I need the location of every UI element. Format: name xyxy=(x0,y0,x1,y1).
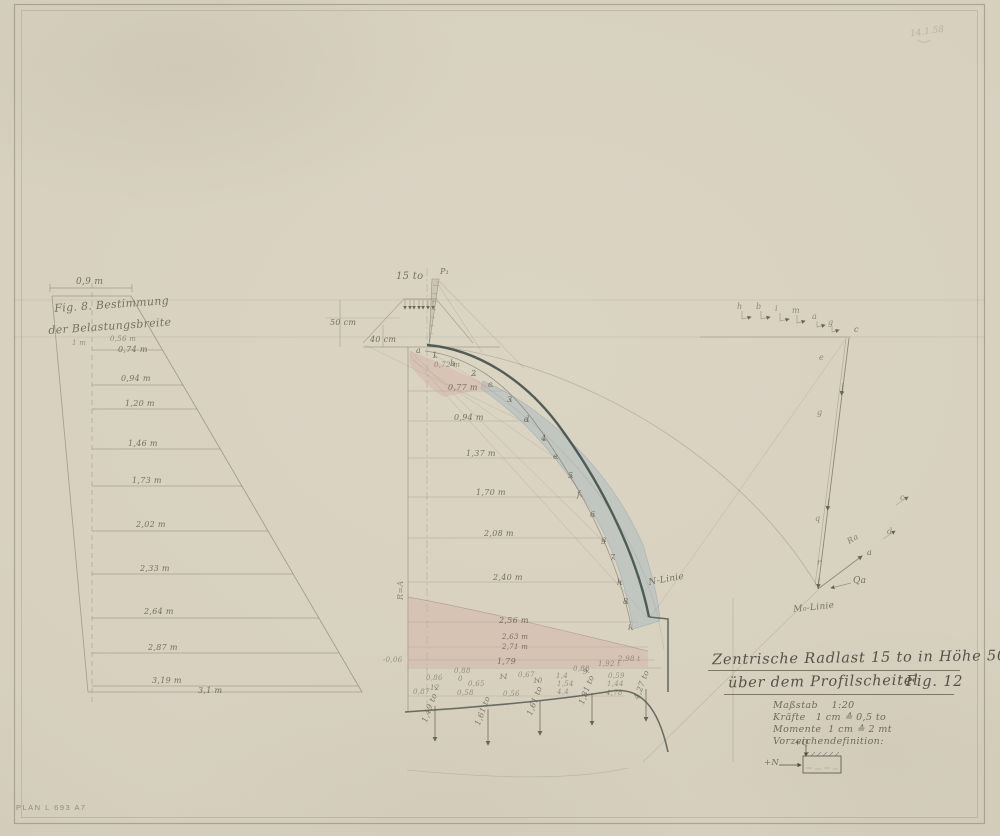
pencil-annotation: 3,19 m xyxy=(152,677,182,685)
pencil-annotation: 1,70 m xyxy=(476,489,506,497)
resultant-force-sliver xyxy=(429,279,439,346)
pencil-annotation: -0,06 xyxy=(383,657,402,664)
pencil-annotation: e xyxy=(553,453,558,461)
pencil-annotation: 6 xyxy=(590,511,595,519)
pencil-annotation: 1,44 xyxy=(607,681,624,688)
note-forces: Kräfte 1 cm ≙ 0,5 to xyxy=(773,712,886,723)
pencil-annotation: 0,88 xyxy=(573,666,590,673)
pencil-annotation: 1,46 m xyxy=(128,440,158,448)
pencil-annotation: 2,64 m xyxy=(144,608,174,616)
note-sign-definition: Vorzeichendefinition: xyxy=(773,736,884,747)
pencil-annotation: 0,94 m xyxy=(121,375,151,383)
pencil-annotation: 1,54 xyxy=(557,681,574,688)
pencil-annotation: P₁ xyxy=(440,268,449,276)
pencil-annotation: 4,4 xyxy=(557,689,569,696)
pencil-annotation: c xyxy=(900,494,905,502)
pencil-annotation: 1,20 m xyxy=(125,400,155,408)
pencil-annotation: 0,59 xyxy=(608,673,625,680)
pencil-annotation: r xyxy=(817,559,821,567)
pencil-annotation: e xyxy=(819,354,824,362)
pencil-annotation: 2,63 m xyxy=(502,634,528,641)
pencil-annotation: 15 to xyxy=(396,272,423,282)
pencil-annotation: 10 xyxy=(533,678,543,685)
pencil-annotation: 7 xyxy=(610,554,615,562)
pencil-annotation: d xyxy=(524,416,529,424)
moment-diagram-band xyxy=(481,381,660,629)
pencil-annotation: a xyxy=(867,549,872,557)
pencil-annotation: g xyxy=(828,319,833,327)
pencil-annotation: i xyxy=(628,624,631,632)
pencil-annotation: 0,9 m xyxy=(76,278,103,287)
pencil-annotation: 5 xyxy=(568,472,573,480)
pencil-annotation: a xyxy=(812,313,817,321)
pencil-annotation: 2,71 m xyxy=(502,644,528,651)
pencil-annotation: g xyxy=(601,536,606,544)
pencil-annotation: c xyxy=(854,326,859,334)
abutment-step xyxy=(649,617,668,692)
pencil-annotation: 0,56 m xyxy=(110,336,136,343)
pencil-annotation: 0,86 xyxy=(426,675,443,682)
pencil-annotation: m xyxy=(792,307,800,315)
pencil-annotation: b xyxy=(756,303,761,311)
pencil-annotation: h xyxy=(737,303,742,311)
pencil-annotation: R=A xyxy=(397,581,405,600)
pencil-annotation: 2,08 m xyxy=(484,530,514,538)
pencil-annotation: 2,33 m xyxy=(140,565,170,573)
signature-flourish xyxy=(918,40,930,42)
pencil-annotation: 0,67 xyxy=(518,672,535,679)
pencil-annotation: 12 xyxy=(430,685,440,692)
pencil-annotation: 1,73 m xyxy=(132,477,162,485)
pencil-annotation: 2,40 m xyxy=(493,574,523,582)
note-scale: Maßstab 1:20 xyxy=(773,700,855,711)
pencil-annotation: h xyxy=(617,579,622,587)
pencil-annotation: 2 xyxy=(471,370,476,378)
pencil-annotation: d xyxy=(887,528,892,536)
sign-convention-sketch xyxy=(779,746,841,773)
distributed-load-arrows xyxy=(405,300,433,309)
pencil-annotation: 2,02 m xyxy=(136,521,166,529)
vector-glyphs xyxy=(742,311,839,332)
note-moments: Momente 1 cm ≙ 2 mt xyxy=(773,724,892,735)
pencil-annotation: b xyxy=(450,360,455,368)
arch-profile xyxy=(405,345,733,777)
pencil-annotation: 0,65 xyxy=(468,681,485,688)
archive-stamp: PLAN L 693 A7 xyxy=(16,803,87,812)
left-figure-trapezoid xyxy=(50,283,362,703)
pencil-annotation: 0,58 xyxy=(457,690,474,697)
drawing-sheet: 0,9 mFig. 8. Bestimmungder Belastungsbre… xyxy=(0,0,1000,836)
pencil-annotation: Qa xyxy=(853,577,866,586)
pencil-annotation: a xyxy=(416,347,421,355)
pencil-annotation: 3,1 m xyxy=(198,687,222,695)
pencil-annotation: 2,56 m xyxy=(499,617,529,625)
pencil-annotation: 0,88 xyxy=(454,668,471,675)
pencil-annotation: i xyxy=(775,305,778,313)
pencil-annotation: 50 cm xyxy=(330,319,356,327)
pencil-annotation: 0,87 xyxy=(413,689,430,696)
pencil-annotation: 0 xyxy=(458,676,463,683)
pencil-annotation: 4,78 xyxy=(606,690,623,697)
pencil-annotation: 4 xyxy=(541,435,546,443)
pencil-annotation: 1,37 m xyxy=(466,450,496,458)
title-underline-2 xyxy=(724,677,954,695)
pencil-annotation: 3 xyxy=(507,396,512,404)
pencil-annotation: 1 xyxy=(432,352,437,360)
pencil-annotation: 1,4 xyxy=(556,673,568,680)
pencil-annotation: 8 xyxy=(623,598,628,606)
pencil-annotation: 0,94 m xyxy=(454,414,484,422)
pencil-annotation: 0,77 m xyxy=(448,384,478,392)
pencil-annotation: g xyxy=(817,409,822,417)
pencil-annotation: 0,72 m xyxy=(434,362,460,369)
pencil-annotation: +N xyxy=(764,759,779,768)
pencil-annotation: 2,87 m xyxy=(148,644,178,652)
pencil-annotation: 0,56 xyxy=(503,691,520,698)
pencil-annotation: c xyxy=(488,381,493,389)
pencil-annotation: 1,79 xyxy=(497,658,516,666)
pencil-annotation: 0,74 m xyxy=(118,346,148,354)
pencil-annotation: 2,98 t xyxy=(618,656,640,663)
pencil-annotation: 1 m xyxy=(72,340,86,347)
title-underline-1 xyxy=(708,653,960,671)
pencil-annotation: 11 xyxy=(499,674,509,681)
pencil-annotation: q xyxy=(815,515,820,523)
pencil-annotation: 40 cm xyxy=(370,336,396,344)
pencil-annotation: f xyxy=(577,491,580,499)
